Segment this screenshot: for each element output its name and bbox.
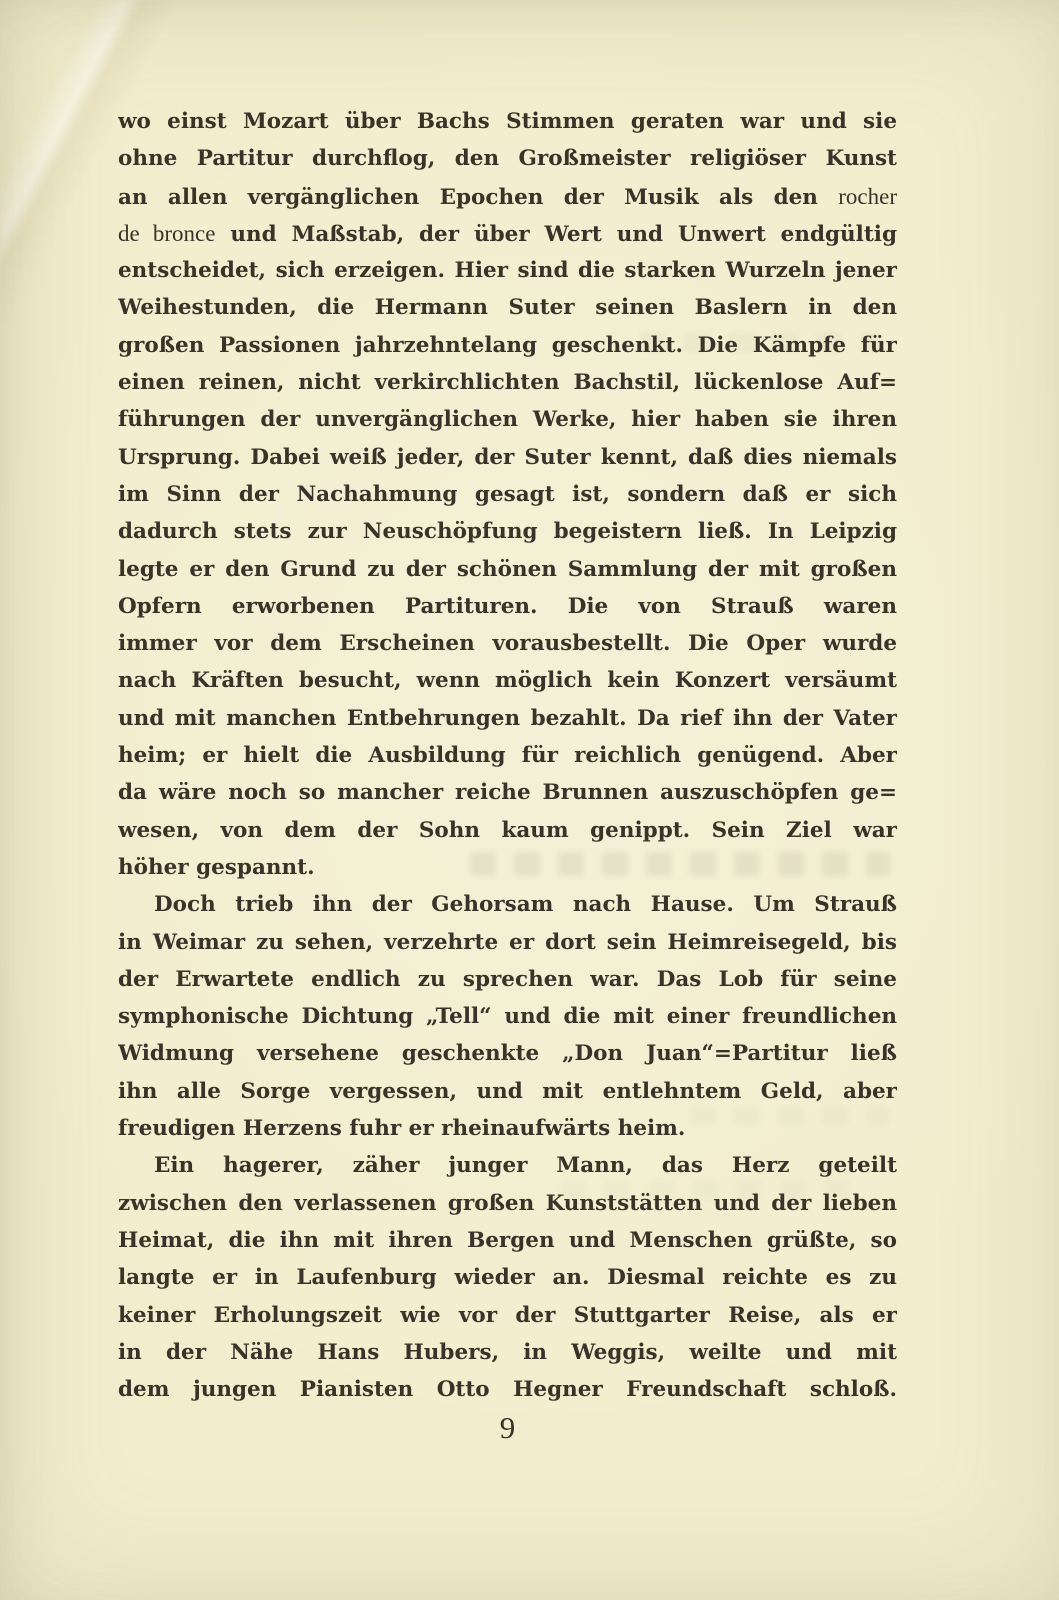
text-line: nach Kräften besucht, wenn möglich kein … [118, 662, 897, 699]
text-line: höher gespannt. [118, 849, 897, 886]
antiqua-text: rocher [838, 184, 897, 209]
text-line: Widmung versehene geschenkte „Don Juan“=… [118, 1035, 897, 1072]
text-line: wo einst Mozart über Bachs Stimmen gerat… [118, 103, 897, 140]
text-line: symphonische Dichtung „Tell“ und die mit… [118, 998, 897, 1035]
text-line: Ursprung. Dabei weiß jeder, der Suter ke… [118, 439, 897, 476]
text-line: Doch trieb ihn der Gehorsam nach Hause. … [118, 886, 897, 923]
text-line: dem jungen Pianisten Otto Hegner Freunds… [118, 1371, 897, 1408]
text-line: in Weimar zu sehen, verzehrte er dort se… [118, 924, 897, 961]
page-number: 9 [118, 1406, 897, 1450]
text-line: der Erwartete endlich zu sprechen war. D… [118, 961, 897, 998]
text-line: langte er in Laufenburg wieder an. Diesm… [118, 1259, 897, 1296]
text-line: Heimat, die ihn mit ihren Bergen und Men… [118, 1222, 897, 1259]
text-line: legte er den Grund zu der schönen Sammlu… [118, 551, 897, 588]
text-line: keiner Erholungszeit wie vor der Stuttga… [118, 1297, 897, 1334]
fraktur-text: und Maßstab, der über Wert und Unwert en… [215, 222, 897, 247]
text-line: in der Nähe Hans Hubers, in Weggis, weil… [118, 1334, 897, 1371]
text-line: Opfern erworbenen Partituren. Die von St… [118, 588, 897, 625]
text-line: Weihestunden, die Hermann Suter seinen B… [118, 289, 897, 326]
text-line: da wäre noch so mancher reiche Brunnen a… [118, 774, 897, 811]
text-line: zwischen den verlassenen großen Kunststä… [118, 1185, 897, 1222]
text-line: im Sinn der Nachahmung gesagt ist, sonde… [118, 476, 897, 513]
text-line: de bronce und Maßstab, der über Wert und… [118, 215, 897, 252]
text-line: freudigen Herzens fuhr er rheinaufwärts … [118, 1110, 897, 1147]
text-block: wo einst Mozart über Bachs Stimmen gerat… [118, 103, 897, 1408]
text-line: immer vor dem Erscheinen vorausbestellt.… [118, 625, 897, 662]
antiqua-text: de bronce [118, 221, 215, 246]
text-line: dadurch stets zur Neuschöpfung begeister… [118, 513, 897, 550]
text-line: Ein hagerer, zäher junger Mann, das Herz… [118, 1147, 897, 1184]
text-line: ihn alle Sorge vergessen, und mit entleh… [118, 1073, 897, 1110]
text-line: führungen der unvergänglichen Werke, hie… [118, 401, 897, 438]
text-line: heim; er hielt die Ausbildung für reichl… [118, 737, 897, 774]
text-line: und mit manchen Entbehrungen bezahlt. Da… [118, 700, 897, 737]
book-page: wo einst Mozart über Bachs Stimmen gerat… [0, 0, 1059, 1600]
text-line: einen reinen, nicht verkirchlichten Bach… [118, 364, 897, 401]
text-line: an allen vergänglichen Epochen der Musik… [118, 178, 897, 215]
fraktur-text: an allen vergänglichen Epochen der Musik… [118, 185, 838, 210]
text-line: großen Passionen jahrzehntelang geschenk… [118, 327, 897, 364]
text-line: ohne Partitur durchflog, den Großmeister… [118, 140, 897, 177]
text-line: wesen, von dem der Sohn kaum genippt. Se… [118, 812, 897, 849]
text-line: entscheidet, sich erzeigen. Hier sind di… [118, 252, 897, 289]
